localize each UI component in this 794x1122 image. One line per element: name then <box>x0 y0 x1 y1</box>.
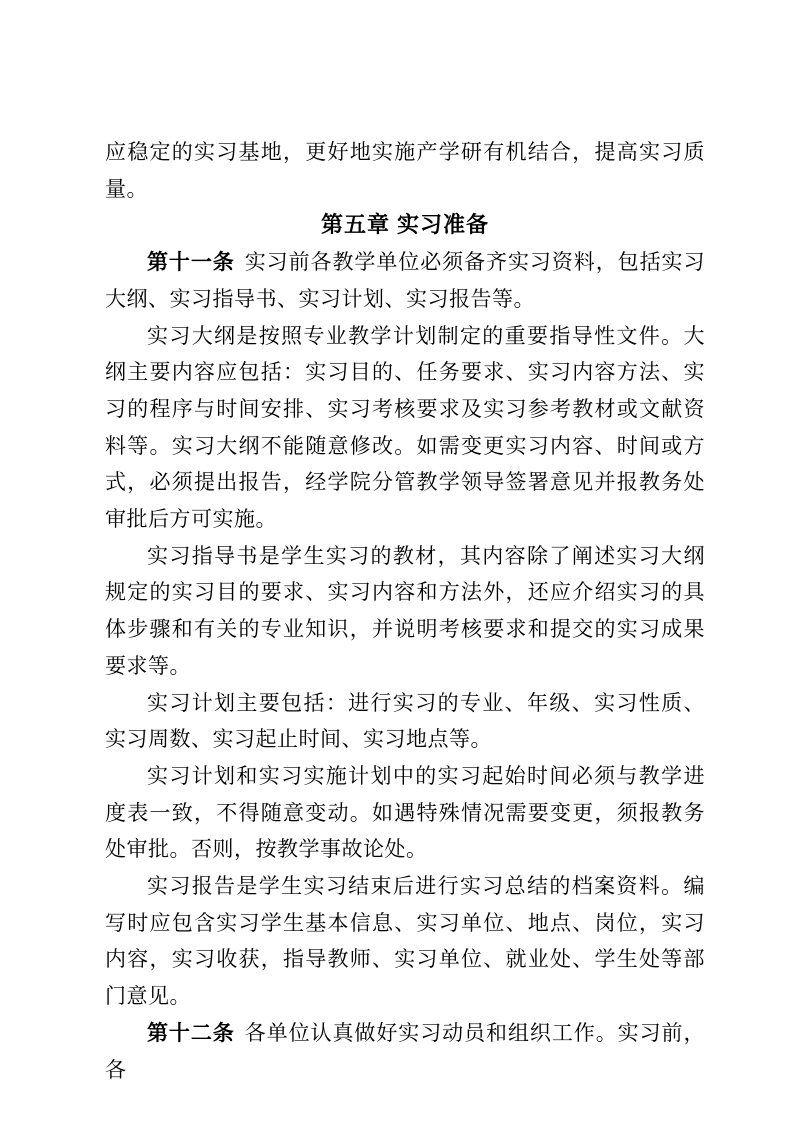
paragraph-article-12: 第十二条各单位认真做好实习动员和组织工作。实习前，各 <box>105 1015 705 1088</box>
document-content: 应稳定的实习基地，更好地实施产学研有机结合，提高实习质量。 第五章 实习准备 第… <box>105 134 705 1088</box>
paragraph-continuation: 应稳定的实习基地，更好地实施产学研有机结合，提高实习质量。 <box>105 134 705 207</box>
article-11-label: 第十一条 <box>147 250 235 274</box>
paragraph-plan: 实习计划主要包括：进行实习的专业、年级、实习性质、实习周数、实习起止时间、实习地… <box>105 685 705 758</box>
article-12-label: 第十二条 <box>147 1021 235 1045</box>
document-page: 应稳定的实习基地，更好地实施产学研有机结合，提高实习质量。 第五章 实习准备 第… <box>0 0 794 1122</box>
paragraph-article-11: 第十一条实习前各教学单位必须备齐实习资料，包括实习大纲、实习指导书、实习计划、实… <box>105 244 705 317</box>
paragraph-guidebook: 实习指导书是学生实习的教材，其内容除了阐述实习大纲规定的实习目的要求、实习内容和… <box>105 538 705 685</box>
paragraph-report: 实习报告是学生实习结束后进行实习总结的档案资料。编写时应包含实习学生基本信息、实… <box>105 868 705 1015</box>
paragraph-schedule: 实习计划和实习实施计划中的实习起始时间必须与教学进度表一致，不得随意变动。如遇特… <box>105 758 705 868</box>
paragraph-outline: 实习大纲是按照专业教学计划制定的重要指导性文件。大纲主要内容应包括：实习目的、任… <box>105 318 705 538</box>
chapter-heading: 第五章 实习准备 <box>105 207 705 244</box>
